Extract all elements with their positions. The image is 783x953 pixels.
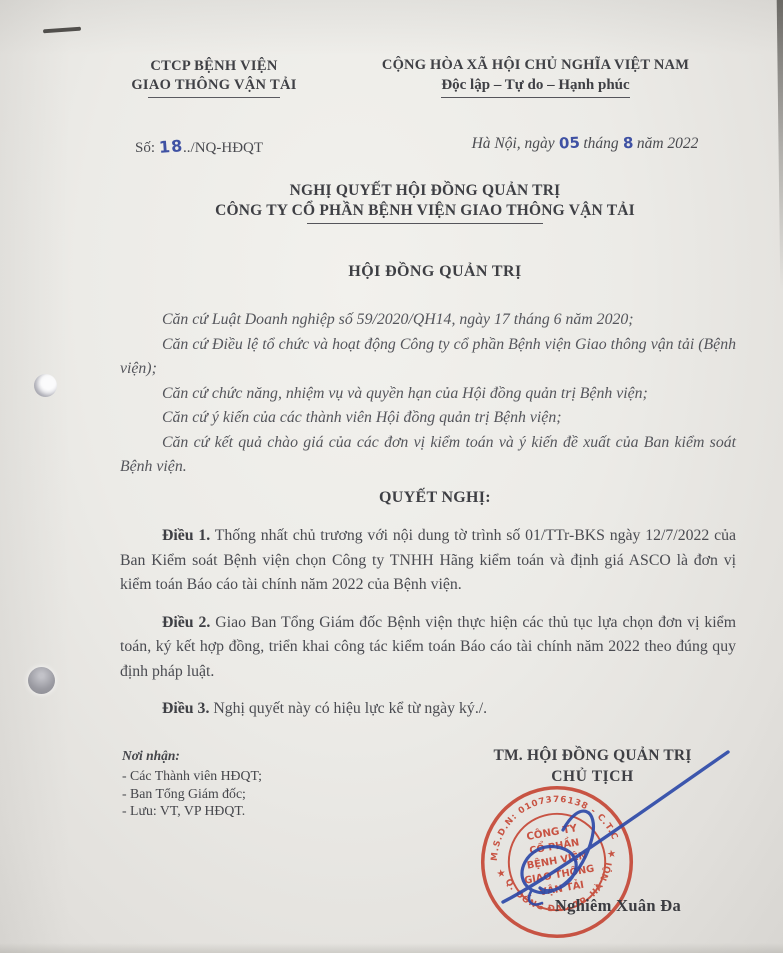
- scan-bottom-shade: [0, 943, 783, 953]
- preamble-item: Căn cứ Điều lệ tổ chức và hoạt động Công…: [120, 333, 736, 382]
- doc-number-prefix: Số:: [135, 140, 159, 156]
- section-heading: HỘI ĐỒNG QUẢN TRỊ: [120, 263, 750, 281]
- scan-edge-shadow: [774, 0, 783, 290]
- date-line: Hà Nội, ngày 05 tháng 8 năm 2022: [430, 134, 740, 153]
- date-part1: Hà Nội, ngày: [472, 135, 559, 152]
- article-3-text: Nghị quyết này có hiệu lực kể từ ngày ký…: [209, 700, 487, 717]
- date-month-handwritten: 8: [622, 134, 633, 153]
- preamble-item: Căn cứ chức năng, nhiệm vụ và quyền hạn …: [120, 382, 736, 407]
- date-part2: tháng: [579, 135, 622, 152]
- recipient-item: - Ban Tổng Giám đốc;: [122, 785, 262, 803]
- resolve-heading: QUYẾT NGHỊ:: [120, 489, 750, 507]
- preamble-item: Căn cứ ý kiến của các thành viên Hội đồn…: [120, 406, 736, 431]
- org-name-line1: CTCP BỆNH VIỆN: [108, 57, 320, 76]
- punch-hole-bottom: [28, 667, 55, 694]
- pen-mark: [43, 27, 81, 33]
- org-name-line2: GIAO THÔNG VẬN TẢI: [108, 76, 320, 95]
- article-1-text: Thống nhất chủ trương với nội dung tờ tr…: [120, 527, 736, 593]
- article-3-label: Điều 3.: [162, 700, 209, 717]
- article-2-label: Điều 2.: [162, 614, 210, 631]
- org-header: CTCP BỆNH VIỆN GIAO THÔNG VẬN TẢI: [108, 57, 320, 98]
- article-1: Điều 1. Thống nhất chủ trương với nội du…: [120, 524, 736, 598]
- national-title: CỘNG HÒA XÃ HỘI CHỦ NGHĨA VIỆT NAM: [348, 55, 723, 75]
- title-line2: CÔNG TY CỔ PHẦN BỆNH VIỆN GIAO THÔNG VẬN…: [105, 201, 745, 221]
- recipient-item: - Lưu: VT, VP HĐQT.: [122, 802, 262, 820]
- doc-number: Số: 18../NQ-HĐQT: [135, 137, 263, 157]
- national-header: CỘNG HÒA XÃ HỘI CHỦ NGHĨA VIỆT NAM Độc l…: [348, 55, 723, 98]
- recipient-item: - Các Thành viên HĐQT;: [122, 767, 262, 785]
- date-day-handwritten: 05: [558, 133, 580, 152]
- articles: Điều 1. Thống nhất chủ trương với nội du…: [120, 524, 736, 735]
- article-1-label: Điều 1.: [162, 527, 210, 544]
- signer-name: Nghiêm Xuân Đa: [513, 896, 723, 916]
- doc-number-handwritten: 18: [158, 136, 184, 157]
- article-3: Điều 3. Nghị quyết này có hiệu lực kể từ…: [120, 697, 736, 722]
- article-2: Điều 2. Giao Ban Tổng Giám đốc Bệnh viện…: [120, 611, 736, 685]
- title-line1: NGHỊ QUYẾT HỘI ĐỒNG QUẢN TRỊ: [105, 181, 745, 201]
- article-2-text: Giao Ban Tổng Giám đốc Bệnh viện thực hi…: [120, 614, 736, 680]
- preamble-item: Căn cứ kết quả chào giá của các đơn vị k…: [120, 431, 736, 480]
- doc-number-suffix: ../NQ-HĐQT: [183, 140, 263, 156]
- scanned-document-page: CTCP BỆNH VIỆN GIAO THÔNG VẬN TẢI CỘNG H…: [0, 0, 783, 953]
- recipients-block: Nơi nhận: - Các Thành viên HĐQT; - Ban T…: [122, 748, 262, 820]
- title-underline: [307, 223, 543, 224]
- preamble-item: Căn cứ Luật Doanh nghiệp số 59/2020/QH14…: [120, 308, 736, 333]
- recipients-heading: Nơi nhận:: [122, 748, 262, 764]
- org-underline: [148, 97, 280, 98]
- document-title: NGHỊ QUYẾT HỘI ĐỒNG QUẢN TRỊ CÔNG TY CỔ …: [105, 181, 745, 224]
- punch-hole-top: [34, 374, 57, 397]
- preamble: Căn cứ Luật Doanh nghiệp số 59/2020/QH14…: [120, 308, 736, 480]
- date-part3: năm 2022: [633, 135, 698, 152]
- national-motto: Độc lập – Tự do – Hạnh phúc: [441, 75, 629, 98]
